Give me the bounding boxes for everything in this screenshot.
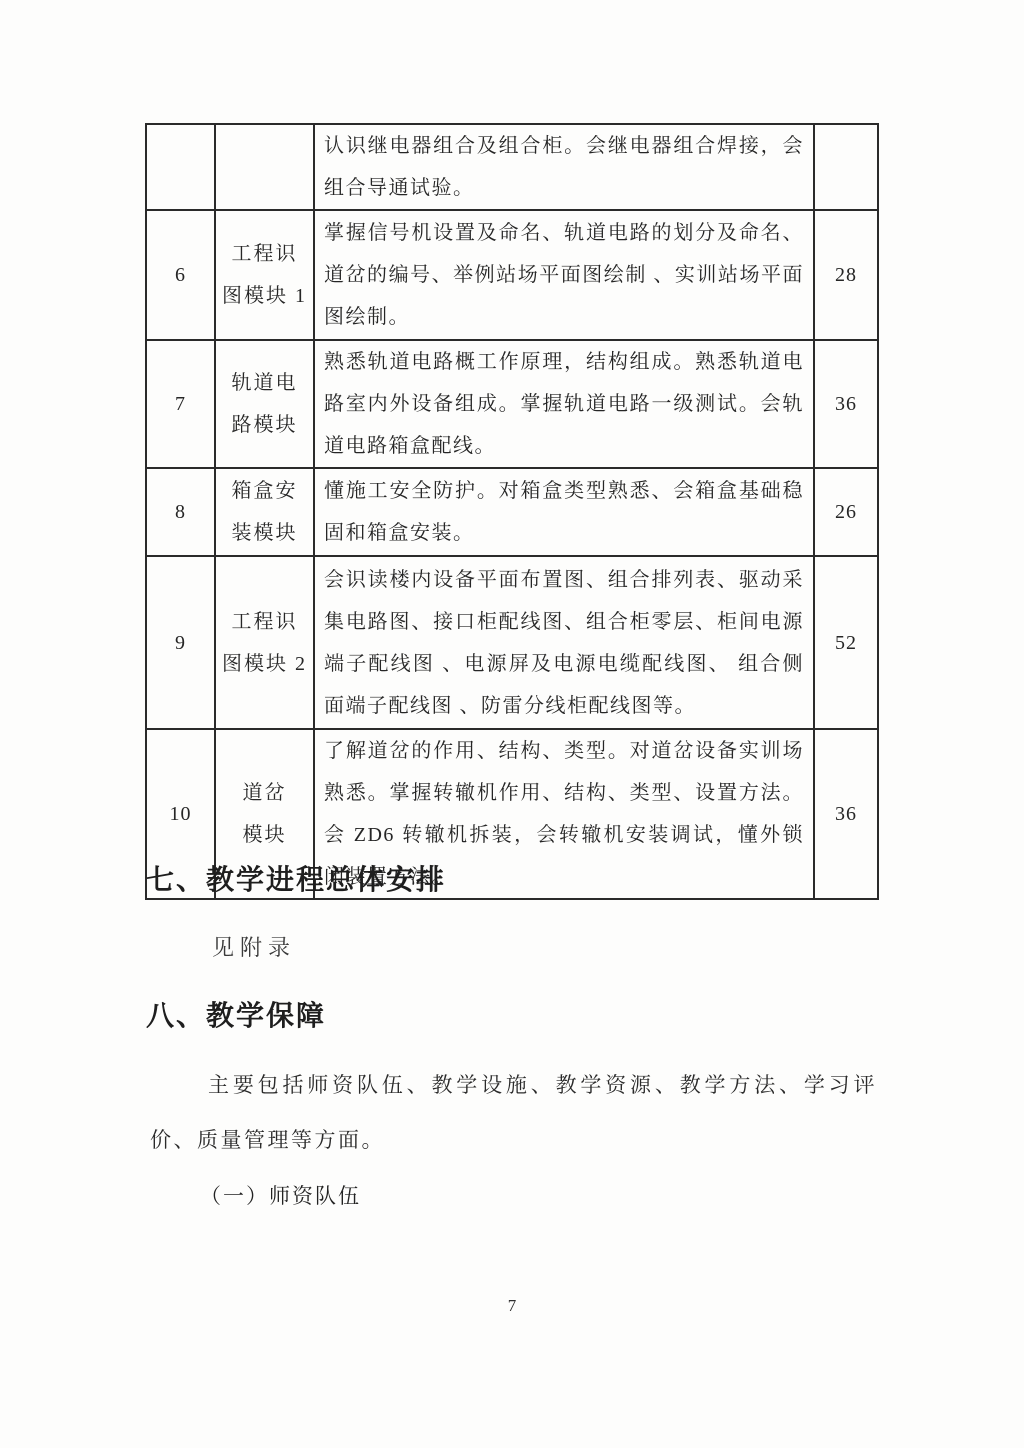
table-row: 8 箱盒安 装模块 懂施工安全防护。对箱盒类型熟悉、会箱盒基础稳固和箱盒安装。 … <box>146 468 878 556</box>
appendix-note: 见附录 <box>212 931 296 962</box>
section-heading-eight: 八、教学保障 <box>146 994 326 1034</box>
module-hours-cell: 28 <box>814 210 878 340</box>
course-module-table: 认识继电器组合及组合柜。会继电器组合焊接，会组合导通试验。 6 工程识 图模块 … <box>145 123 879 900</box>
table-row: 7 轨道电 路模块 熟悉轨道电路概工作原理，结构组成。熟悉轨道电路室内外设备组成… <box>146 340 878 468</box>
row-number-cell: 8 <box>146 468 215 556</box>
module-hours-cell: 52 <box>814 556 878 729</box>
module-content-cell: 会识读楼内设备平面布置图、组合排列表、驱动采集电路图、接口柜配线图、组合柜零层、… <box>314 556 814 729</box>
page-number: 7 <box>0 1296 1024 1316</box>
module-name-cell: 箱盒安 装模块 <box>215 468 314 556</box>
teaching-support-paragraph: 主要包括师资队伍、教学设施、教学资源、教学方法、学习评价、质量管理等方面。 <box>150 1058 877 1168</box>
section-heading-seven: 七、教学进程总体安排 <box>146 858 446 898</box>
table-row: 9 工程识 图模块 2 会识读楼内设备平面布置图、组合排列表、驱动采集电路图、接… <box>146 556 878 729</box>
module-hours-cell <box>814 124 878 210</box>
table-row: 认识继电器组合及组合柜。会继电器组合焊接，会组合导通试验。 <box>146 124 878 210</box>
module-hours-cell: 36 <box>814 340 878 468</box>
module-name-cell: 工程识 图模块 2 <box>215 556 314 729</box>
sub-heading-teacher-team: （一）师资队伍 <box>200 1180 361 1210</box>
document-page: 认识继电器组合及组合柜。会继电器组合焊接，会组合导通试验。 6 工程识 图模块 … <box>0 0 1024 1448</box>
table-row: 6 工程识 图模块 1 掌握信号机设置及命名、轨道电路的划分及命名、道岔的编号、… <box>146 210 878 340</box>
module-hours-cell: 36 <box>814 729 878 899</box>
row-number-cell: 7 <box>146 340 215 468</box>
module-name-cell: 工程识 图模块 1 <box>215 210 314 340</box>
module-name-cell: 轨道电 路模块 <box>215 340 314 468</box>
module-name-cell <box>215 124 314 210</box>
row-number-cell <box>146 124 215 210</box>
module-content-cell: 认识继电器组合及组合柜。会继电器组合焊接，会组合导通试验。 <box>314 124 814 210</box>
module-content-cell: 掌握信号机设置及命名、轨道电路的划分及命名、道岔的编号、举例站场平面图绘制 、实… <box>314 210 814 340</box>
module-content-cell: 熟悉轨道电路概工作原理，结构组成。熟悉轨道电路室内外设备组成。掌握轨道电路一级测… <box>314 340 814 468</box>
row-number-cell: 6 <box>146 210 215 340</box>
module-content-cell: 懂施工安全防护。对箱盒类型熟悉、会箱盒基础稳固和箱盒安装。 <box>314 468 814 556</box>
row-number-cell: 9 <box>146 556 215 729</box>
module-hours-cell: 26 <box>814 468 878 556</box>
